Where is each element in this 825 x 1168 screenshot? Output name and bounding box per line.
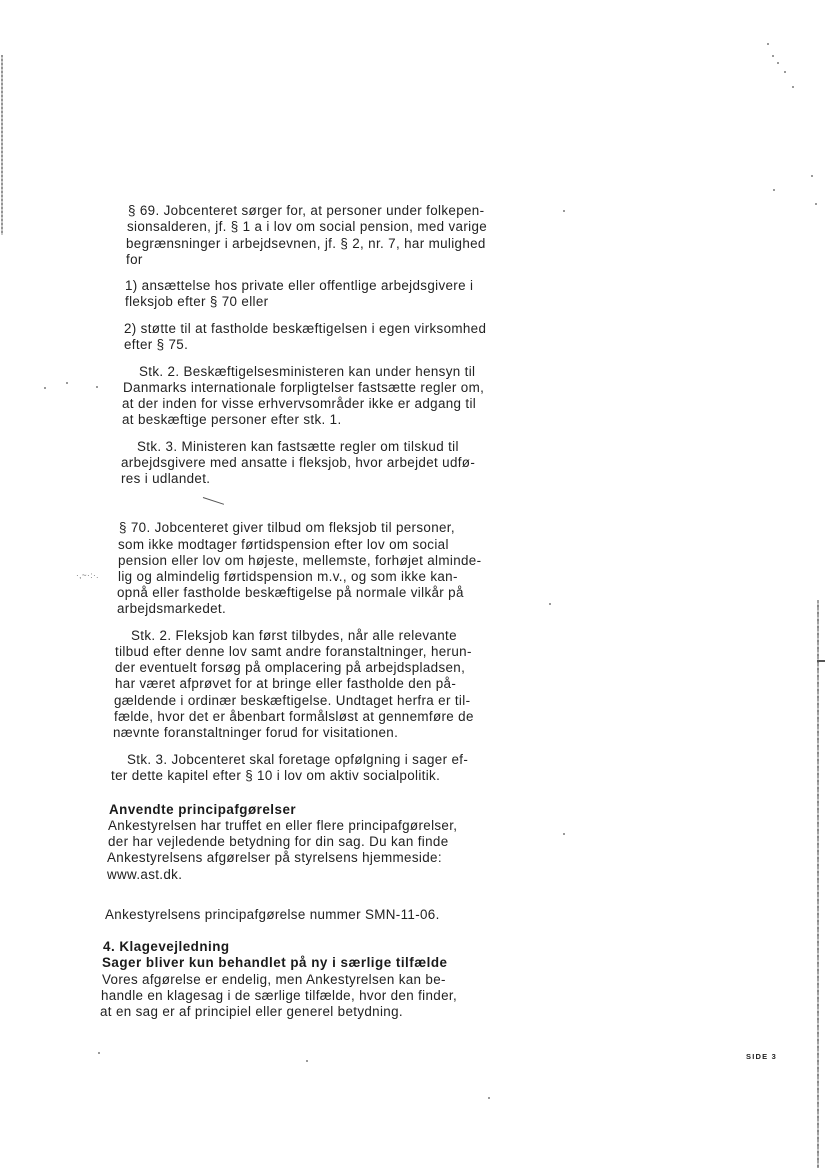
- scan-speck: [777, 62, 779, 64]
- section-subheading: Sager bliver kun behandlet på ny i særli…: [102, 955, 447, 970]
- text-line: som ikke modtager førtidspension efter l…: [118, 537, 449, 552]
- scanned-document-page: ·,~·:·. § 69. Jobcenteret sørger for, at…: [0, 0, 825, 1168]
- text-line: gældende i ordinær beskæftigelse. Undtag…: [114, 693, 470, 708]
- text-line: Stk. 2. Fleksjob kan først tilbydes, når…: [131, 628, 457, 643]
- text-line: at der inden for visse erhvervsområder i…: [122, 396, 476, 411]
- scan-speck: [98, 1052, 100, 1054]
- text-line: der har vejledende betydning for din sag…: [108, 834, 449, 849]
- website-link-text: www.ast.dk.: [107, 867, 182, 882]
- text-line: Ankestyrelsens afgørelser på styrelsens …: [107, 850, 442, 865]
- text-line: nævnte foranstaltninger forud for visita…: [113, 725, 398, 740]
- scan-edge-left: [1, 55, 3, 235]
- scan-speck: [792, 86, 794, 88]
- scan-speck: [549, 603, 551, 605]
- text-line: Stk. 3. Jobcenteret skal foretage opfølg…: [127, 752, 468, 767]
- scan-speck: [96, 386, 98, 388]
- text-line: begrænsninger i arbejdsevnen, jf. § 2, n…: [126, 236, 486, 251]
- scan-edge-right: [817, 600, 819, 1168]
- scan-speck: [784, 71, 786, 73]
- text-line: opnå eller fastholde beskæftigelse på no…: [117, 585, 464, 600]
- scan-speck: [772, 55, 774, 57]
- text-line: sionsalderen, jf. § 1 a i lov om social …: [127, 219, 487, 234]
- text-line: fleksjob efter § 70 eller: [125, 294, 268, 309]
- scan-speck: [563, 210, 565, 212]
- scan-speck: [306, 1060, 308, 1062]
- text-line: ter dette kapitel efter § 10 i lov om ak…: [111, 768, 440, 783]
- page-number: SIDE 3: [746, 1052, 777, 1061]
- scan-speck: [44, 387, 46, 389]
- text-line: Stk. 3. Ministeren kan fastsætte regler …: [137, 439, 459, 454]
- text-line: for: [126, 252, 143, 267]
- margin-smudge: ·,~·:·.: [76, 571, 99, 580]
- text-line: efter § 75.: [124, 337, 188, 352]
- scan-edge-tick: [817, 660, 825, 662]
- principle-reference: Ankestyrelsens principafgørelse nummer S…: [105, 907, 440, 922]
- text-line: § 69. Jobcenteret sørger for, at persone…: [128, 203, 484, 218]
- text-line: Danmarks internationale forpligtelser fa…: [123, 380, 484, 395]
- text-line: 2) støtte til at fastholde beskæftigelse…: [124, 321, 486, 336]
- text-line: der eventuelt forsøg på omplacering på a…: [115, 660, 465, 675]
- text-line: res i udlandet.: [121, 471, 210, 486]
- section-heading: 4. Klagevejledning: [103, 939, 230, 954]
- scan-speck: [563, 833, 565, 835]
- text-line: tilbud efter denne lov samt andre forans…: [115, 644, 472, 659]
- scan-speck: [811, 175, 813, 177]
- text-line: at en sag er af principiel eller generel…: [100, 1004, 403, 1019]
- scan-speck: [66, 382, 68, 384]
- scan-speck: [488, 1097, 490, 1099]
- pen-mark: [203, 497, 224, 505]
- text-line: Ankestyrelsen har truffet en eller flere…: [108, 818, 457, 833]
- text-line: arbejdsgivere med ansatte i fleksjob, hv…: [121, 455, 475, 470]
- text-line: lig og almindelig førtidspension m.v., o…: [118, 569, 458, 584]
- scan-speck: [767, 43, 769, 45]
- scan-speck: [773, 189, 775, 191]
- text-line: 1) ansættelse hos private eller offentli…: [125, 278, 473, 293]
- text-line: Stk. 2. Beskæftigelsesministeren kan und…: [139, 364, 475, 379]
- text-line: at beskæftige personer efter stk. 1.: [122, 412, 342, 427]
- text-line: pension eller lov om højeste, mellemste,…: [118, 553, 481, 568]
- text-line: fælde, hvor det er åbenbart formålsløst …: [114, 709, 474, 724]
- text-line: har været afprøvet for at bringe eller f…: [115, 676, 456, 691]
- text-line: Vores afgørelse er endelig, men Ankestyr…: [102, 972, 446, 987]
- scan-speck: [815, 203, 817, 205]
- text-line: arbejdsmarkedet.: [117, 601, 226, 616]
- text-line: § 70. Jobcenteret giver tilbud om fleksj…: [119, 520, 455, 535]
- text-line: handle en klagesag i de særlige tilfælde…: [101, 988, 457, 1003]
- section-heading: Anvendte principafgørelser: [109, 802, 296, 817]
